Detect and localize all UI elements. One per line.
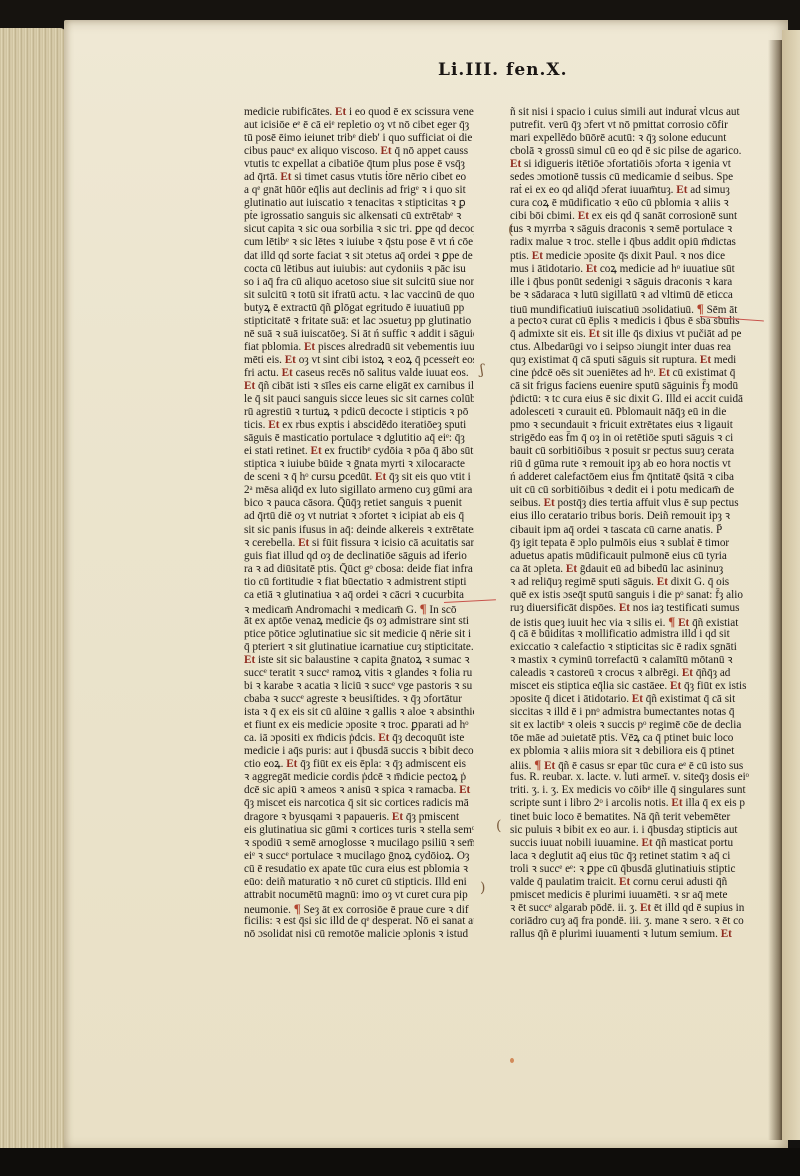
rubricated-initial: Et (632, 693, 643, 705)
text-line: be ꝛ sādaraca ꝛ lutū sigillatū ꝛ ad vlti… (510, 289, 766, 302)
text-line: cibus paucᵉ ex aliquo viscoso. Et q̄ nō … (244, 145, 474, 158)
text-line: ń adderet calefactōem eius f̄m q̄ntitatē… (510, 471, 766, 484)
text-line: ɔposite q̄ dicet i ātidotario. Et q̄ñ ex… (510, 693, 766, 706)
text-line: laca ꝛ deglutit aq̄ eius tūc q̄ȝ retinet… (510, 850, 766, 863)
text-line: neumonie. ¶ Seȝ āt ex corrosiōe ē praue … (244, 902, 474, 915)
text-line: cum lētibᵉ ꝛ sic lētes ꝛ iuiube ꝛ q̄stu … (244, 236, 474, 249)
rubricated-initial: Et (721, 928, 732, 940)
text-line: caleadis ꝛ castoreū ꝛ crocus ꝛ albrēgi. … (510, 667, 766, 680)
text-line: rū agrestiū ꝛ turtuꝝ ꝛ pdicū decocte i s… (244, 406, 474, 419)
marginal-bracket-icon: ( (496, 818, 501, 834)
text-line: medicie rubificātes. Et i eo quod ē ex s… (244, 106, 474, 119)
text-line: pmo ꝛ secundauit ꝛ fricuit extrētates ei… (510, 419, 766, 432)
paragraph-mark-icon: ¶ (294, 901, 301, 916)
text-line: triti. ʒ. i. ʒ. Ex medicis vo cōibᵉ ille… (510, 784, 766, 797)
text-line: ñ sit nisi i spacio i cuius simili aut i… (510, 106, 766, 119)
running-head: Li.III. fen.X. (438, 60, 568, 82)
text-line: ꝛ medicam̄ Andromachi ꝛ medicam̄ G. ¶ In… (244, 602, 474, 615)
text-line: cā sit frigus faciens euenire sputū sāgu… (510, 380, 766, 393)
text-line: ctio eoꝝ. Et q̄ȝ fiūt ex eis ēpla: ꝛ q̄ȝ… (244, 758, 474, 771)
rubricated-initial: Et (657, 576, 668, 588)
rubricated-initial: Et (335, 106, 346, 118)
text-line: nō ɔsolidat nisi cū remotōe malicie ɔplo… (244, 928, 474, 941)
rubricated-initial: Et (378, 732, 389, 744)
rubricated-initial: Et (676, 184, 687, 196)
text-line: eūo: deiñ maturatio ꝛ nō curet cū stipti… (244, 876, 474, 889)
rubricated-initial: Et (619, 876, 630, 888)
text-line: tinet buic loco ē bematites. Nā q̄ñ teri… (510, 811, 766, 824)
text-line: troli ꝛ succᵉ eᵉ: ꝛ ꝑpe cū q̄busdā gluti… (510, 863, 766, 876)
text-line: aliis. ¶ Et q̄ñ ē casus sr epar tūc cura… (510, 758, 766, 771)
rubricated-initial: Et (671, 797, 682, 809)
text-line: mus i ātidotario. Et coꝝ medicie ad hᵒ i… (510, 263, 766, 276)
text-line: succᵉ teratit ꝛ succᵉ ramoꝝ vitis ꝛ glan… (244, 667, 474, 680)
facing-page-edge (782, 30, 800, 1140)
text-line: medicie i aq̄s puris: aut i q̄busdā succ… (244, 745, 474, 758)
page-fore-edge-stack (0, 28, 66, 1148)
text-line: mēti eis. Et oȝ vt sint cibi istoꝝ ꝛ eoꝝ… (244, 354, 474, 367)
scan-background-bottom (0, 1148, 800, 1176)
text-line: sit sulcitū ꝛ totū sit ifratū actu. ꝛ la… (244, 289, 474, 302)
text-line: bico ꝛ pauca cāsora. Q̄ūq̄ȝ retiet sangu… (244, 497, 474, 510)
text-line: q̄ cā ē būiditas ꝛ mollificatio admistra… (510, 628, 766, 641)
text-line: de sceni ꝛ q̄ hᵒ cursu ꝑcedūt. Et q̄ȝ si… (244, 471, 474, 484)
text-line: eiᵉ ꝛ succᵉ portulace ꝛ mucilago ḡnoꝝ cy… (244, 850, 474, 863)
paragraph-mark-icon: ¶ (420, 601, 427, 616)
text-line: seibus. Et postq̄ȝ dies tertia affuit vl… (510, 497, 766, 510)
text-line: ꝛ ēt succᵉ algarab pōdē. ii. ʒ. Et ēt il… (510, 902, 766, 915)
text-line: sedes ɔmotionē tussis cū medicamie d sei… (510, 171, 766, 184)
rubricated-initial: Et (586, 263, 597, 275)
text-line: Et si idigueris itētiōe ɔfortatiōis ɔfor… (510, 158, 766, 171)
text-line: scripte sunt i libro 2ᵒ i arcolis notis.… (510, 797, 766, 810)
text-line: so i aq̄ fra cū aliquo acetoso siue sit … (244, 276, 474, 289)
text-line: sāguis ē masticatio portulace ꝛ dglutiti… (244, 432, 474, 445)
text-line: rallus q̄ñ ē plurimi iuuamenti ꝛ lutum s… (510, 928, 766, 941)
text-line: ꝛ cerebella. Et si fūit fissura ꝛ icisio… (244, 537, 474, 550)
rubricated-initial: Et (285, 354, 296, 366)
rubricated-initial: Et (578, 210, 589, 222)
text-line: cibauit ipm aq̄ ordei ꝛ tascata cū carne… (510, 524, 766, 537)
text-line: 2ᵃ mēsa aliq̄d ex luto sigillato armeno … (244, 484, 474, 497)
text-line: cibi bōi cbimi. Et ex eis qd q̄ sanāt co… (510, 210, 766, 223)
book-scan: Li.III. fen.X. medicie rubificātes. Et i… (0, 0, 800, 1176)
rubricated-initial: Et (244, 654, 255, 666)
text-line: quȝ existimat q̄ cā sputi sāguis sit rup… (510, 354, 766, 367)
text-line: de istis queȝ iuuit hec via ꝛ silis ei. … (510, 615, 766, 628)
text-line: ꝛ ad reliq̄uȝ regimē sputi sāguis. Et di… (510, 576, 766, 589)
text-line: attrabit nocumētū magnū: imo oȝ vt curet… (244, 889, 474, 902)
text-line: eius illo ceratario tribus boris. Deiñ r… (510, 510, 766, 523)
text-line: strigēdo eas f̄m q̄ oȝ in oi retētiōe sp… (510, 432, 766, 445)
text-line: a pectoꝛ curat cū ēplis ꝛ medicis i q̄bu… (510, 315, 766, 328)
rubricated-initial: Et (510, 158, 521, 170)
rubricated-initial: Et (682, 667, 693, 679)
text-line: bauit cū sorbitiōibus ꝛ posuit sr pectus… (510, 445, 766, 458)
text-line: coriādro cuȝ aq̄ fra pondē. iii. ʒ. mane… (510, 915, 766, 928)
text-line: ca. iā ɔpositi ex m̄dicis ṗdcis. Et q̄ȝ … (244, 732, 474, 745)
rubricated-initial: Et (640, 902, 651, 914)
rubricated-initial: Et (566, 563, 577, 575)
rubricated-initial: Et (544, 497, 555, 509)
text-line: sit sic panis ifusus in aq̄: deinde alke… (244, 524, 474, 537)
text-line: fiat pblomia. Et pisces alredradū sit ve… (244, 341, 474, 354)
text-line: adolesceti ꝛ curauit eū. Pblomauit nāq̄ȝ… (510, 406, 766, 419)
text-line: fri actu. Et caseus recēs nō salitus val… (244, 367, 474, 380)
text-line: ra ꝛ ad diūsitatē ptis. Q̄ūct gᵒ cbosa: … (244, 563, 474, 576)
paragraph-mark-icon: ¶ (668, 614, 675, 629)
text-line: le q̄ sit pauci sanguis sicce leues sic … (244, 393, 474, 406)
rubricated-initial: Et (244, 380, 255, 392)
rubricated-initial: Et (280, 171, 291, 183)
text-line: butyꝝ ē extractū q̄ñ ꝑlōgat egritudo ē i… (244, 302, 474, 315)
text-line: guis fiat illud qd oȝ de declinatiōe sāg… (244, 550, 474, 563)
text-line: cine ṗdcē oēs sit ɔueniētes ad hᵒ. Et cū… (510, 367, 766, 380)
rubricated-initial: Et (700, 354, 711, 366)
rubricated-initial: Et (282, 367, 293, 379)
text-line: fus. R. reubar. x. lacte. v. luti armeī.… (510, 771, 766, 784)
text-line: ticis. Et ex rbus exptis i abscidēdo ite… (244, 419, 474, 432)
text-line: Et q̄ñ cibāt isti ꝛ sīles eis carne elig… (244, 380, 474, 393)
text-line: ca etiā ꝛ glutinatiua ꝛ aq̄ ordei ꝛ cācr… (244, 589, 474, 602)
rubricated-initial: Et (286, 758, 297, 770)
text-line: eis glutinatiua sic gūmi ꝛ cortices turi… (244, 824, 474, 837)
text-line: cura coꝝ ē mūdificatio ꝛ eūo cū pblomia … (510, 197, 766, 210)
rubricated-initial: Et (670, 680, 681, 692)
text-line: mari expellēdo būōrē acutū: ꝛ q̄ȝ solone… (510, 132, 766, 145)
text-line: tus ꝛ myrrba ꝛ sāguis draconis ꝛ semē po… (510, 223, 766, 236)
text-line: q̄ȝ miscet eis narcotica q̄ sit sic cort… (244, 797, 474, 810)
text-column-right: ñ sit nisi i spacio i cuius simili aut i… (510, 106, 766, 941)
text-line: raṫ ei ex eo qd aliq̄d ɔferat iuuam̄tuȝ.… (510, 184, 766, 197)
text-line: āt ex aptōe venaꝝ medicie q̄s oȝ admistr… (244, 615, 474, 628)
text-line: tū posē ēimo ieiunet tribᵉ dieb' i quo s… (244, 132, 474, 145)
text-line: aduetus apatis mūdificauit pulmonē eius … (510, 550, 766, 563)
text-line: putrefit. verū q̄ȝ ɔfert vt nō pmittat c… (510, 119, 766, 132)
text-line: bi ꝛ karabe ꝛ acatia ꝛ liciū ꝛ succᵉ vge… (244, 680, 474, 693)
text-line: ista ꝛ q̄ ex eis sit cū alūine ꝛ gallis … (244, 706, 474, 719)
rubricated-initial: Et (532, 250, 543, 262)
text-line: tiuū mundificatiuū iuiscatiuū ɔsolidatiu… (510, 302, 766, 315)
rubricated-initial: Et (268, 419, 279, 431)
marginal-flourish-icon: ) (480, 880, 485, 896)
text-line: ex pblomia ꝛ aliis miora sit ꝛ debiliora… (510, 745, 766, 758)
text-line: pṫe igrossatio sanguis sic alkensati cū … (244, 210, 474, 223)
paper-stain (510, 1058, 514, 1063)
rubricated-initial: Et (392, 811, 403, 823)
text-line: quē ex istis ɔseq̄t sputū sanguis i die … (510, 589, 766, 602)
marginal-bracket-icon: ( (508, 222, 513, 238)
text-line: riū d gūma rute ꝛ remouit ipȝ ab eo hora… (510, 458, 766, 471)
text-line: a qᵉ gnāt hūōr eq̄lis aut declinis ad fr… (244, 184, 474, 197)
marginal-flourish-icon: ʃ (480, 362, 484, 378)
text-line: ꝛ aggregāt medicie cordis ṗdcē ꝛ m̄dicie… (244, 771, 474, 784)
rubricated-initial: Et (298, 537, 309, 549)
text-line: ꝛ spodiū ꝛ semē arnoglosse ꝛ mucilago ps… (244, 837, 474, 850)
text-line: ṗdictū: ꝛ tc cura eius ē sic dixit G. Il… (510, 393, 766, 406)
text-line: pmiscet medicis ē plurimi iuuamēti. ꝛ sr… (510, 889, 766, 902)
text-line: miscet eis stiptica eq̄lia sic castāee. … (510, 680, 766, 693)
text-line: stipticitatē ꝛ fritate suā: et lac ɔsuet… (244, 315, 474, 328)
text-line: dragore ꝛ byusqami ꝛ papaueris. Et q̄ȝ p… (244, 811, 474, 824)
paragraph-mark-icon: ¶ (697, 301, 704, 316)
text-line: sit ex lactibᵉ ꝛ oleis ꝛ succis pᵒ regim… (510, 719, 766, 732)
text-line: ille i q̄bus ponūt sedenigi ꝛ sāguis dra… (510, 276, 766, 289)
rubricated-initial: Et (659, 367, 670, 379)
text-line: et fiunt ex eis medicie ɔposite ꝛ troc. … (244, 719, 474, 732)
text-line: nē suā ꝛ suā iuiscatōeȝ. Si āt ń suffic … (244, 328, 474, 341)
text-line: uit cū cū sorbitiōibus ꝛ dedit ei i potu… (510, 484, 766, 497)
text-line: sic puluis ꝛ bibit ex eo aur. i. i q̄bus… (510, 824, 766, 837)
text-line: ꝛ mastix ꝛ cyminū torrefactū ꝛ calamītū … (510, 654, 766, 667)
rubricated-initial: Et (459, 784, 470, 796)
text-line: cū ē resudatio ex apate tūc cura eius es… (244, 863, 474, 876)
text-line: Et iste sit sic balaustine ꝛ capita ḡnat… (244, 654, 474, 667)
rubricated-initial: Et (380, 145, 391, 157)
text-line: ca āt ɔpleta. Et ḡdauit eū ad bibedū lac… (510, 563, 766, 576)
text-line: ad q̄rtū diē oȝ vt nutriat ꝛ ɔfortet ꝛ i… (244, 510, 474, 523)
text-line: q̄ pteriert ꝛ sit glutinatiue icarnatiue… (244, 641, 474, 654)
rubricated-initial: Et (619, 602, 630, 614)
text-line: tōe māe ad ɔuietatē ptis. Vēꝝ ca q̄ ptin… (510, 732, 766, 745)
text-line: cocta cū lētibus aut iuiubis: aut cydoni… (244, 263, 474, 276)
text-line: ptice pōtice ɔglutinatiue sic sit medici… (244, 628, 474, 641)
text-line: q̄ admixte sit eis. Et sit ille q̄s dixi… (510, 328, 766, 341)
text-line: ctus. Albedarūgi vo i seipso ɔiungit int… (510, 341, 766, 354)
rubricated-initial: Et (375, 471, 386, 483)
text-line: dcē sic apiū ꝛ ameos ꝛ anisū ꝛ spica ꝛ r… (244, 784, 474, 797)
text-line: ei stati retinet. Et ex fructibᵉ cydōia … (244, 445, 474, 458)
text-line: dat illd qd sorte faciat ꝛ sit ɔtetus aq… (244, 250, 474, 263)
text-line: valde q̄ paulatim traicit. Et cornu ceru… (510, 876, 766, 889)
rubricated-initial: Et (304, 341, 315, 353)
text-line: ptis. Et medicie ɔposite q̄s dixit Paul.… (510, 250, 766, 263)
text-line: vtutis tc expellat a cibatiōe q̄tum plus… (244, 158, 474, 171)
text-line: ficilis: ꝛ est q̄si sic illd de qᵉ despe… (244, 915, 474, 928)
text-line: sicut capita ꝛ sic oua sorbilia ꝛ sic tr… (244, 223, 474, 236)
text-line: ruȝ diuersificāt dispōes. Et nos iaȝ tes… (510, 602, 766, 615)
text-line: cbolā ꝛ grossū simul cū eo qd ē sic pils… (510, 145, 766, 158)
text-line: siccitas ꝛ illd ē i pnᵒ admistra bumecta… (510, 706, 766, 719)
text-column-left: medicie rubificātes. Et i eo quod ē ex s… (244, 106, 474, 941)
text-line: ad q̄rtā. Et si timet casus vtutis ṫōre … (244, 171, 474, 184)
text-line: radix malue ꝛ troc. stelle i q̄bus addit… (510, 236, 766, 249)
text-line: exiccatio ꝛ calefactio ꝛ stipticitas sic… (510, 641, 766, 654)
paragraph-mark-icon: ¶ (534, 757, 541, 772)
text-line: succis iuuat nobili iuuamine. Et q̄ñ mas… (510, 837, 766, 850)
rubricated-initial: Et (589, 328, 600, 340)
text-line: aut icisiōe eᵉ ē cā eiᵉ repletio oȝ vt n… (244, 119, 474, 132)
text-line: glutinatio aut iuiscatio ꝛ tenacitas ꝛ s… (244, 197, 474, 210)
text-line: stiptica ꝛ iuiube būide ꝛ ḡnata myrti ꝛ … (244, 458, 474, 471)
rubricated-initial: Et (310, 445, 321, 457)
text-line: q̄ȝ igit tepata ē ɔplo pulmōis eius ꝛ su… (510, 537, 766, 550)
text-line: cbaba ꝛ succᵉ agreste ꝛ beusiſtides. ꝛ q… (244, 693, 474, 706)
rubricated-initial: Et (641, 837, 652, 849)
text-line: tio cū fortitudie ꝛ fiat būectatio ꝛ adm… (244, 576, 474, 589)
